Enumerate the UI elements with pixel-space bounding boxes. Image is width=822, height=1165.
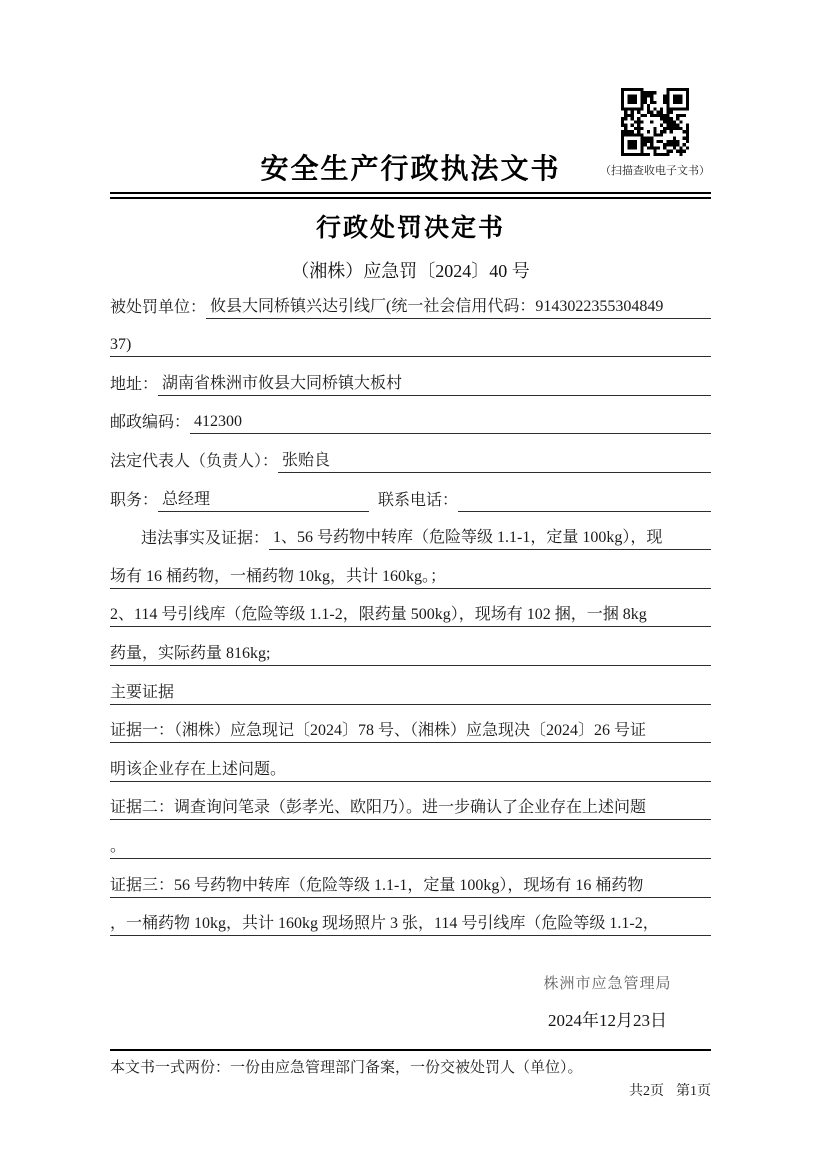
field-value: 证据一：（湘株）应急现记〔2024〕78 号、（湘株）应急现决〔2024〕26 … [110,717,711,743]
field-row-duty-phone: 职务： 总经理 联系电话： [110,473,711,512]
field-row-evidence-3: 证据三：56 号药物中转库（危险等级 1.1-1，定量 100kg），现场有 1… [110,859,711,898]
duty-value: 总经理 [158,486,369,512]
field-value: ，一桶药物 10kg，共计 160kg 现场照片 3 张，114 号引线库（危险… [110,910,711,936]
field-label: 法定代表人（负责人）： [110,448,278,473]
signature-block: 株洲市应急管理局 2024年12月23日 [500,972,715,1031]
field-value: 2、114 号引线库（危险等级 1.1-2，限药量 500kg），现场有 102… [110,601,711,627]
field-row-violation-line-4: 药量，实际药量 816kg; [110,627,711,666]
field-label: 地址： [110,371,158,396]
field-label: 邮政编码： [110,409,190,434]
phone-value [458,509,711,512]
field-value: 1、56 号药物中转库（危险等级 1.1-1，定量 100kg），现 [269,524,711,550]
field-row-violation-line-3: 2、114 号引线库（危险等级 1.1-2，限药量 500kg），现场有 102… [110,589,711,628]
issue-date: 2024年12月23日 [500,1006,715,1031]
field-row-violation-line-2: 场有 16 桶药物，一桶药物 10kg，共计 160kg。； [110,550,711,589]
footer-divider [110,1049,711,1051]
field-label: 违法事实及证据： [141,525,269,550]
field-row-postal-code: 邮政编码： 412300 [110,396,711,435]
field-row-evidence-1: 证据一：（湘株）应急现记〔2024〕78 号、（湘株）应急现决〔2024〕26 … [110,705,711,744]
field-value: 攸县大同桥镇兴达引线厂(统一社会信用代码：9143022355304849 [206,293,711,319]
document-page: （扫描查收电子文书） 安全生产行政执法文书 行政处罚决定书 （湘株）应急罚〔20… [0,0,822,1165]
field-value: 37) [110,336,711,357]
field-row-evidence-1-cont: 明该企业存在上述问题。 [110,743,711,782]
distribution-note: 本文书一式两份：一份由应急管理部门备案，一份交被处罚人（单位）。 [110,1056,711,1077]
field-row-penalized-unit: 被处罚单位： 攸县大同桥镇兴达引线厂(统一社会信用代码：914302235530… [110,280,711,319]
form-body: 被处罚单位： 攸县大同桥镇兴达引线厂(统一社会信用代码：914302235530… [110,280,711,936]
issuing-agency: 株洲市应急管理局 [500,972,715,993]
field-row-evidence-3-cont: ，一桶药物 10kg，共计 160kg 现场照片 3 张，114 号引线库（危险… [110,898,711,937]
field-row-evidence-2-cont: 。 [110,820,711,859]
page-footer: 本文书一式两份：一份由应急管理部门备案，一份交被处罚人（单位）。 共2页第1页 [110,1049,711,1100]
field-value: 张贻良 [278,447,711,473]
document-header: 安全生产行政执法文书 行政处罚决定书 （湘株）应急罚〔2024〕40 号 [110,147,711,283]
total-pages: 共2页 [629,1084,664,1099]
header-divider [110,192,711,199]
field-row-address: 地址： 湖南省株洲市攸县大同桥镇大板村 [110,357,711,396]
field-value: 明该企业存在上述问题。 [110,756,711,782]
field-row-violation-facts: 违法事实及证据： 1、56 号药物中转库（危险等级 1.1-1，定量 100kg… [110,512,711,551]
current-page: 第1页 [676,1084,711,1099]
pagination: 共2页第1页 [110,1080,711,1100]
phone-label: 联系电话： [378,487,458,512]
field-row-main-evidence: 主要证据 [110,666,711,705]
field-value: 。 [110,833,711,859]
field-value: 湖南省株洲市攸县大同桥镇大板村 [158,370,711,396]
field-value: 场有 16 桶药物，一桶药物 10kg，共计 160kg。； [110,563,711,589]
field-value: 主要证据 [110,679,711,705]
field-value: 药量，实际药量 816kg; [110,640,711,666]
category-title: 安全生产行政执法文书 [110,147,711,187]
field-value: 证据二：调查询问笔录（彭孝光、欧阳乃）。进一步确认了企业存在上述问题 [110,794,711,820]
field-row-continuation: 37) [110,319,711,358]
field-label: 被处罚单位： [110,294,206,319]
duty-label: 职务： [110,487,158,512]
page-title: 行政处罚决定书 [110,208,711,244]
qr-code-icon [621,88,689,156]
field-value: 412300 [190,413,711,434]
field-value: 证据三：56 号药物中转库（危险等级 1.1-1，定量 100kg），现场有 1… [110,872,711,898]
field-row-legal-representative: 法定代表人（负责人）： 张贻良 [110,434,711,473]
field-row-evidence-2: 证据二：调查询问笔录（彭孝光、欧阳乃）。进一步确认了企业存在上述问题 [110,782,711,821]
